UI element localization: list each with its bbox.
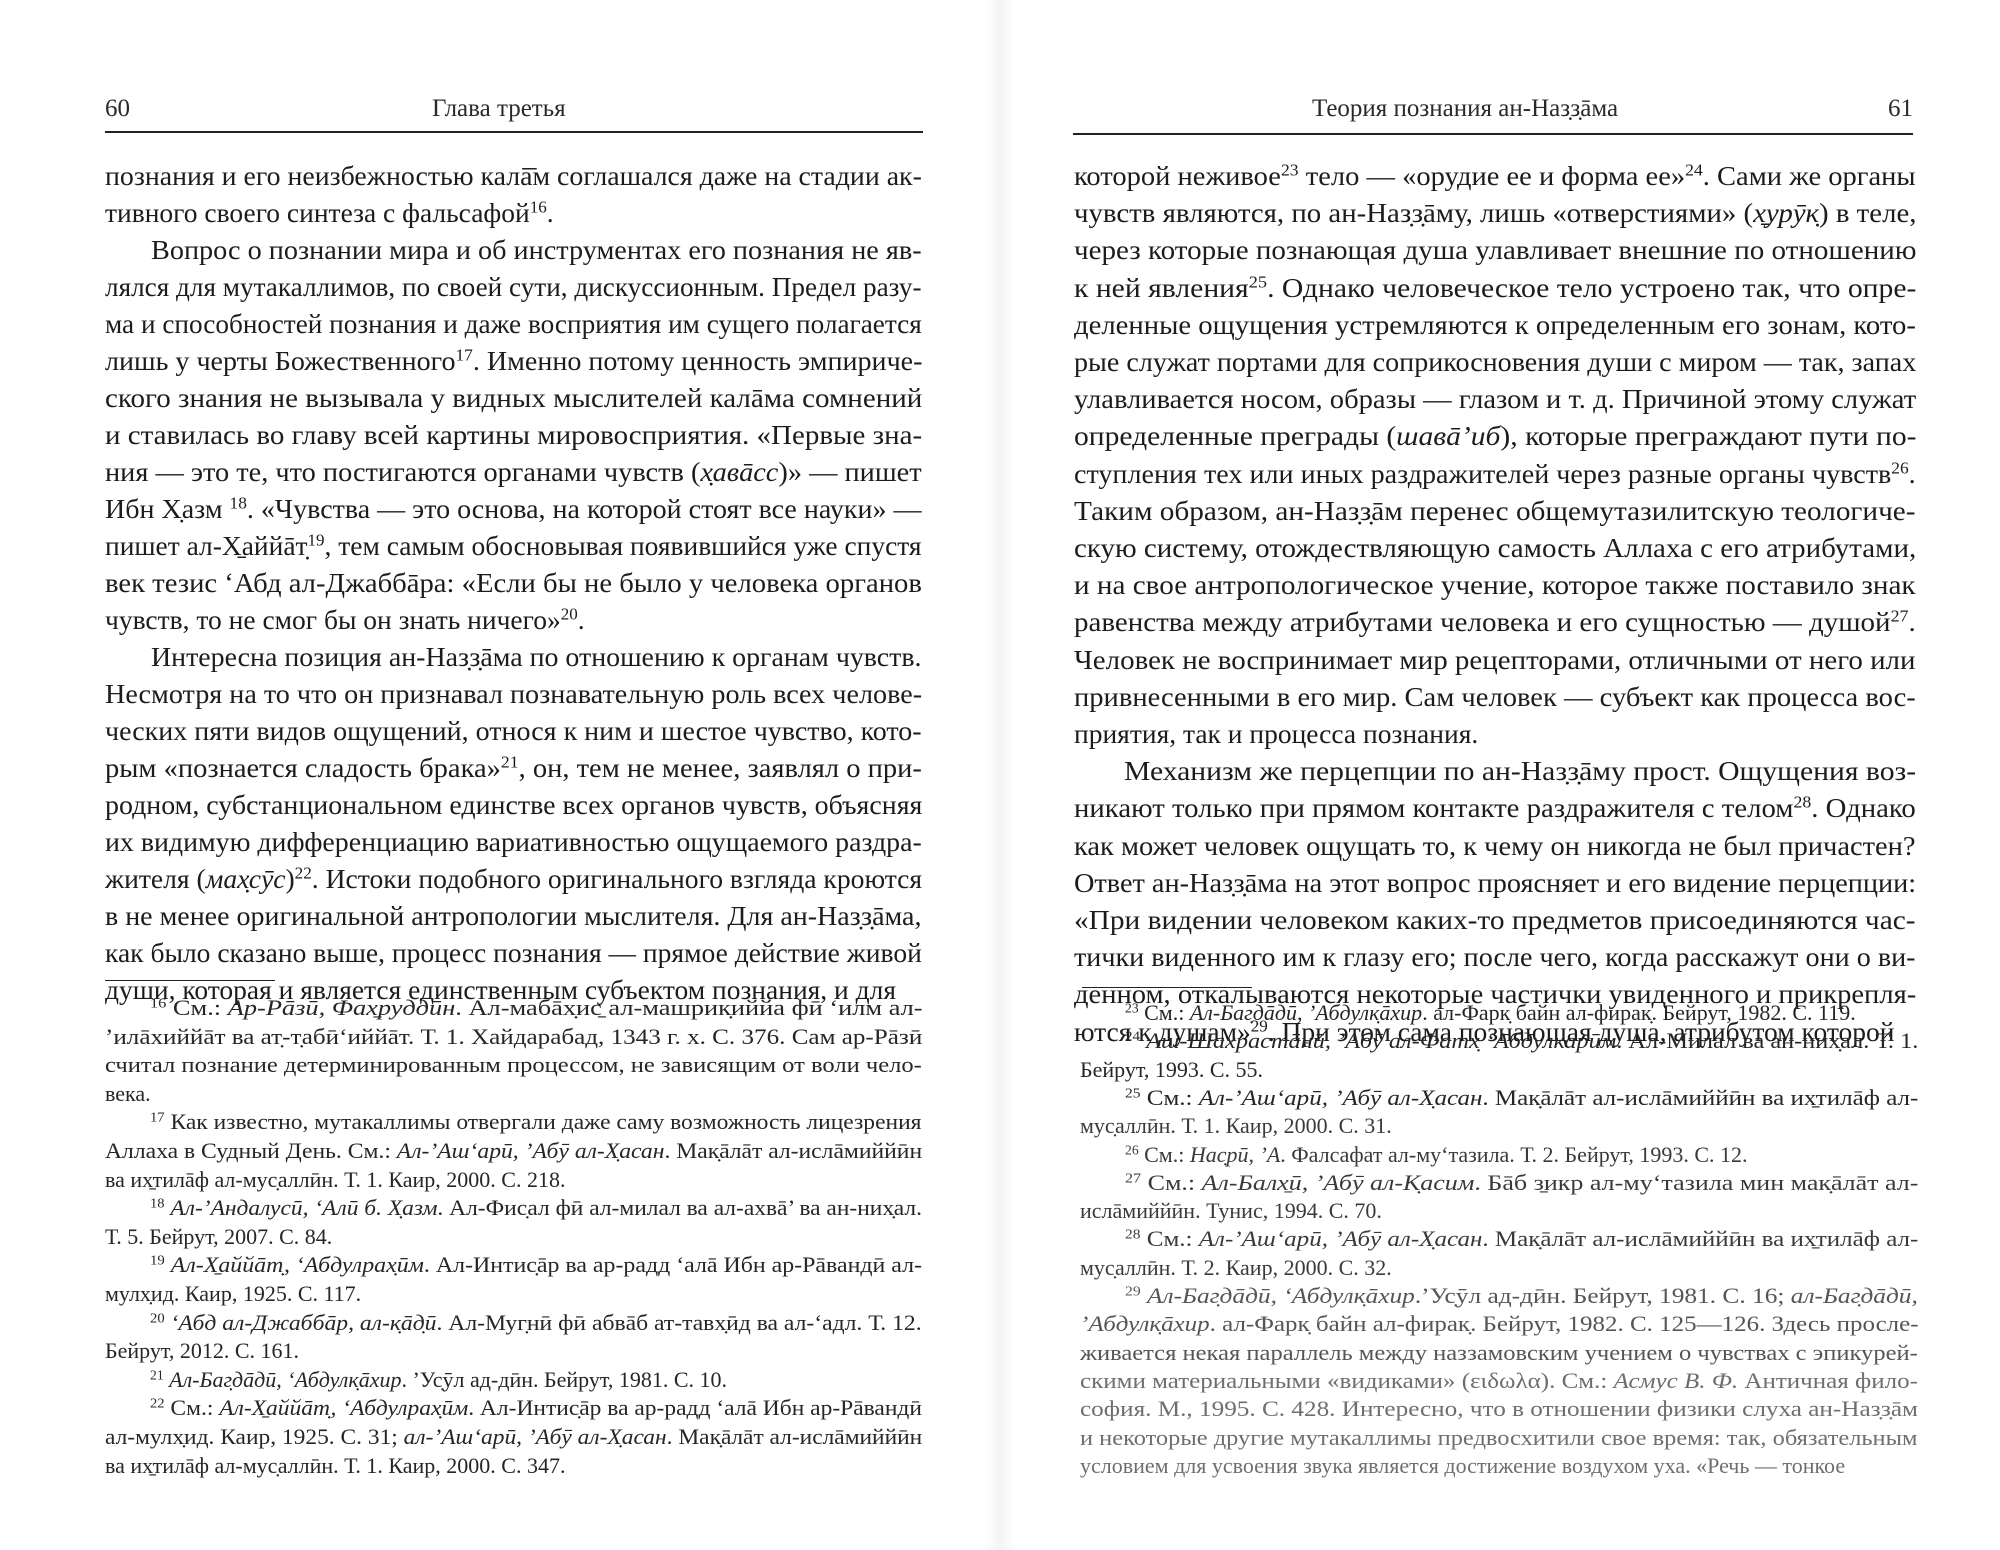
footnote-separator [105, 980, 275, 981]
text-line: в не менее оригинальной антропологии мыс… [105, 900, 921, 932]
text-line: и на свое антропологическое учение, кото… [1074, 569, 1916, 601]
left-page: 60 Глава третья познания и его неизбежно… [0, 0, 1000, 1550]
footnote-line: 22 См.: Ал-Х̱аййāт̣, ‘Абдулрах̣ӣм. Ал-Ин… [150, 1395, 922, 1421]
footnote-ref: 25 [1249, 272, 1267, 291]
footnote-ref: 23 [1125, 1001, 1139, 1016]
text-line: через которые познающая душа улавливает … [1074, 234, 1917, 266]
text-line: Ответ ан-Наз̣з̣āма на этот вопрос проясн… [1074, 867, 1916, 899]
footnote-line: 23 См.: Ал-Баг̣дāдӣ, ’Абдулк̣āхир. ал-Фа… [1125, 1000, 1856, 1026]
footnote-ref: 16 [150, 996, 166, 1011]
text-line: которой неживое23 тело — «орудие ее и фо… [1074, 160, 1916, 192]
text-line: Ибн Х̣азм 18. «Чувства — это основа, на … [105, 493, 922, 525]
footnote-ref: 21 [501, 753, 519, 772]
footnote-ref: 28 [1793, 793, 1811, 812]
footnote-line: 25 См.: Ал-’Аш‘арӣ, ’Абӯ ал-Х̣асан. Мак̣… [1125, 1085, 1918, 1111]
footnote-line: условием для усвоения звука является дос… [1080, 1453, 1845, 1479]
footnote-line: скими материальными «видиками» (ειδωλα).… [1080, 1368, 1918, 1394]
footnote-ref: 21 [150, 1367, 164, 1382]
footnote-ref: 16 [530, 198, 547, 217]
text-line: деленные ощущения устремляются к определ… [1074, 309, 1916, 341]
text-line: рые служат портами для соприкосновения д… [1074, 346, 1916, 378]
footnote-line: 18 Ал-’Андалусӣ, ‘Алӣ б. Х̣азм. Ал-Фис̣а… [150, 1195, 922, 1221]
footnote-line: 20 ‘Абд ал-Джаббāр, ал-к̣āд̣ӣ. Ал-Муг̣нӣ… [150, 1310, 922, 1336]
text-line: лишь у черты Божественного17. Именно пот… [105, 345, 922, 377]
footnote-line: 27 См.: Ал-Балх̱ӣ, ’Абӯ ал-К̣асим. Бāб з… [1125, 1170, 1918, 1196]
footnote-line: 21 Ал-Баг̣дāдӣ, ‘Абдулк̣āхир. ’Ус̣ӯл ад-… [150, 1367, 727, 1393]
text-line: ма и способностей познания и даже воспри… [105, 308, 922, 340]
footnote-line: ва их̱тилāф ал-мус̣аллӣн. Т. 1. Каир, 20… [105, 1167, 566, 1193]
footnote-line: 17 Как известно, мутакаллимы отвергали д… [150, 1109, 922, 1135]
footnote-line: Аллаха в Судный День. См.: Ал-’Аш‘арӣ, ’… [105, 1138, 922, 1164]
page-number: 60 [105, 95, 130, 123]
footnote-ref: 27 [1125, 1170, 1141, 1185]
footnote-line: ’Абдулк̣āхир. ал-Фарк̣ байн ал-фирак̣. Б… [1080, 1311, 1919, 1337]
text-line: улавливается носом, образы — глазом и т.… [1074, 383, 1916, 415]
footnote-ref: 26 [1125, 1142, 1139, 1157]
footnote-ref: 18 [150, 1196, 165, 1211]
footnote-line: мус̣аллӣн. Т. 2. Каир, 2000. С. 32. [1080, 1255, 1392, 1281]
text-line: равенства между атрибутами человека и ег… [1074, 606, 1916, 638]
footnote-ref: 17 [150, 1110, 165, 1125]
footnote-line: 19 Ал-Х̱аййāт̣, ‘Абдулрах̣ӣм. Ал-Интис̣ā… [150, 1252, 922, 1278]
footnote-line: ва их̱тилāф ал-мус̣аллӣн. Т. 1. Каир, 20… [105, 1453, 566, 1479]
footnote-line: ислāмиййӣн. Тунис, 1994. С. 70. [1080, 1198, 1382, 1224]
footnote-line: 16 См.: Ар-Рāзӣ, Фах̱руддӣн. Ал-мабāх̣ис… [150, 995, 923, 1021]
footnote-line: 28 См.: Ал-’Аш‘арӣ, ’Абӯ ал-Х̣асан. Мак̣… [1125, 1226, 1918, 1252]
footnote-ref: 19 [150, 1253, 165, 1268]
text-line: Вопрос о познании мира и об инструментах… [151, 234, 922, 266]
text-line: и ставилась во главу всей картины мирово… [105, 419, 922, 451]
footnote-ref: 22 [295, 864, 312, 883]
text-line: Человек не воспринимает мир рецепторами,… [1074, 644, 1915, 676]
text-line: как было сказано выше, процесс познания … [105, 937, 922, 969]
footnote-ref: 17 [455, 346, 472, 365]
footnote-ref: 20 [561, 605, 578, 624]
text-line: тивного своего синтеза с фальсафой16. [105, 197, 554, 229]
text-line: скую систему, отождествляющую самость Ал… [1074, 532, 1916, 564]
text-line: ского знания не вызывала у видных мыслит… [105, 382, 922, 414]
footnote-ref: 18 [230, 494, 247, 513]
text-line: Таким образом, ан-Наз̣з̣āм перенес общем… [1074, 495, 1915, 527]
footnote-line: 26 См.: Нас̣рӣ, ’А. Фалсафат ал-му‘тазил… [1125, 1142, 1748, 1168]
footnote-line: ал-мулх̣ид. Каир, 1925. С. 31; ал-’Аш‘ар… [105, 1424, 922, 1450]
text-line: ческих пяти видов ощущений, относя к ним… [105, 715, 922, 747]
text-line: Интересна позиция ан-Наз̣з̣āма по отноше… [151, 641, 922, 673]
right-page: Теория познания ан-Наз̣з̣āма 61 которой … [1000, 0, 2000, 1550]
text-line: ния — это те, что постигаются органами ч… [105, 456, 922, 488]
footnote-line: 24 Аш-Шахрастāнӣ, ’Абӯ ал-Фатх̣ ‘Абдулка… [1125, 1028, 1918, 1054]
text-line: как может человек ощущать то, к чему он … [1074, 830, 1916, 862]
running-head: Глава третья [432, 95, 566, 123]
running-head: Теория познания ан-Наз̣з̣āма [1312, 95, 1618, 123]
text-line: ступления тех или иных раздражителей чер… [1074, 458, 1916, 490]
text-line: век тезис ‘Абд ал-Джаббāра: «Если бы не … [105, 567, 922, 599]
text-line: жителя (мах̣сӯс)22. Истоки подобного ори… [105, 863, 922, 895]
header-rule [105, 131, 923, 133]
text-line: привнесенными в его мир. Сам человек — с… [1074, 681, 1916, 713]
footnote-line: 29 Ал-Баг̣дāдӣ, ‘Абдулк̣āхир.’Ус̣ӯл ад-д… [1125, 1283, 1918, 1309]
footnote-ref: 20 [150, 1310, 165, 1325]
footnote-line: и некоторые другие мутакаллимы предвосхи… [1080, 1425, 1917, 1451]
footnote-line: Бейрут, 2012. С. 161. [105, 1338, 299, 1364]
footnote-line: считал познание детерминированным процес… [105, 1052, 922, 1078]
text-line: приятия, так и процесса познания. [1074, 718, 1478, 750]
footnote-ref: 25 [1125, 1085, 1141, 1100]
footnote-ref: 27 [1891, 607, 1909, 626]
text-line: «При видении человеком каких-то предмето… [1074, 904, 1916, 936]
footnote-line: мус̣аллӣн. Т. 1. Каир, 2000. С. 31. [1080, 1113, 1392, 1139]
footnote-ref: 28 [1125, 1227, 1141, 1242]
text-line: Несмотря на то что он признавал познават… [105, 678, 922, 710]
text-line: никают только при прямом контакте раздра… [1074, 792, 1916, 824]
text-line: их видимую дифференциацию вариативностью… [105, 826, 922, 858]
footnote-ref: 24 [1125, 1029, 1140, 1044]
footnote-separator [1082, 987, 1252, 988]
text-line: рым «познается сладость брака»21, он, те… [105, 752, 922, 784]
footnote-line: живается некая параллель между наззамовс… [1080, 1340, 1918, 1366]
text-line: тички виденного им к глазу его; после че… [1074, 941, 1916, 973]
text-line: родном, субстанциональном единстве всех … [105, 789, 922, 821]
footnote-ref: 24 [1685, 161, 1703, 180]
text-line: чувств, то не смог бы он знать ничего»20… [105, 604, 585, 636]
footnote-ref: 26 [1891, 458, 1908, 477]
text-line: познания и его неизбежностью калā̄м согл… [105, 160, 922, 192]
footnote-ref: 19 [308, 531, 325, 550]
text-line: к ней явления25. Однако человеческое тел… [1074, 272, 1916, 304]
text-line: определенные преграды (шавā’иб), которые… [1074, 420, 1916, 452]
footnote-line: Т. 5. Бейрут, 2007. С. 84. [105, 1224, 332, 1250]
page-number: 61 [1888, 95, 1913, 123]
text-line: пишет ал-Х̱аййāт̣19, тем самым обосновыв… [105, 530, 922, 562]
footnote-ref: 22 [150, 1396, 165, 1411]
footnote-line: века. [105, 1081, 151, 1107]
text-line: Механизм же перцепции по ан-Наз̣з̣āму пр… [1124, 755, 1916, 787]
header-rule [1073, 133, 1913, 135]
footnote-line: Бейрут, 1993. С. 55. [1080, 1057, 1263, 1083]
footnote-line: мулх̣ид. Каир, 1925. С. 117. [105, 1281, 361, 1307]
footnote-ref: 29 [1125, 1284, 1141, 1299]
footnote-ref: 23 [1281, 161, 1299, 180]
footnote-line: ’илāхиййāт ва ат̣-т̣абӣ‘иййāт. Т. 1. Хай… [105, 1024, 922, 1050]
footnote-line: софия. М., 1995. С. 428. Интересно, что … [1080, 1396, 1918, 1422]
text-line: чувств являются, по ан-Наз̣з̣āму, лишь «… [1074, 197, 1916, 229]
text-line: лялся для мутакаллимов, по своей сути, д… [105, 271, 922, 303]
